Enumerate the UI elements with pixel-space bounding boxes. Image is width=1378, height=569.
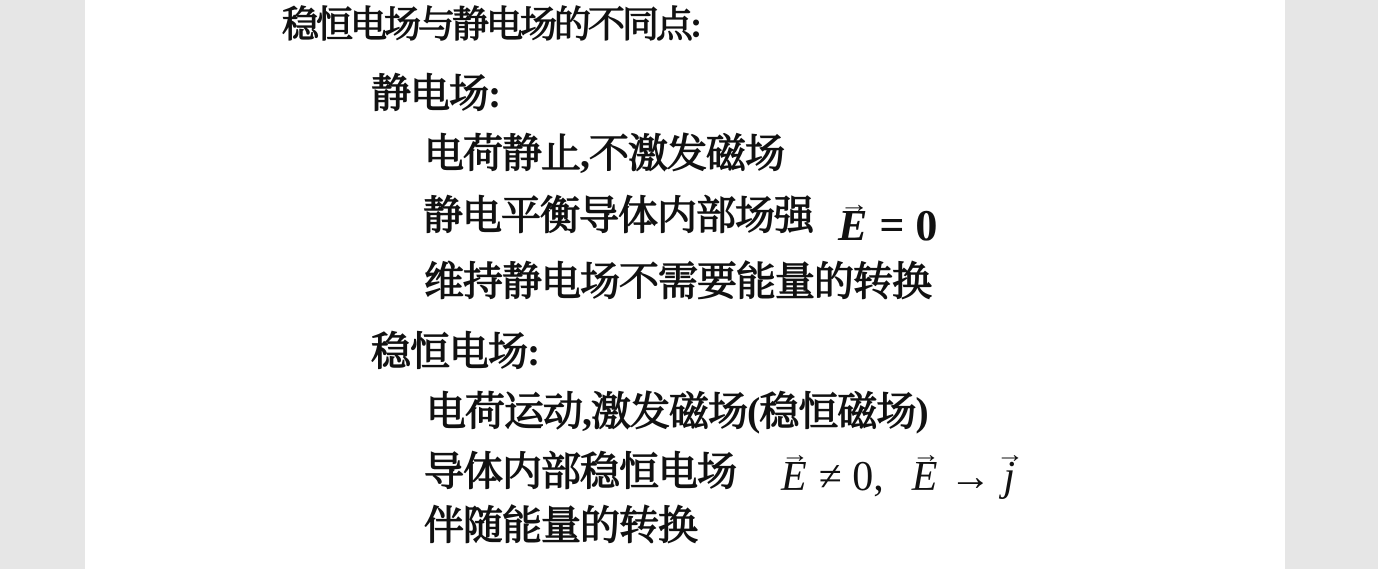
vector-E: →E (781, 456, 807, 498)
vector-over-arrow-icon: → (912, 443, 940, 467)
formula-e-not-zero: →E≠ 0,→E→→j (781, 456, 1015, 498)
vector-over-arrow-icon: → (839, 191, 868, 217)
maps-to-arrow-icon: → (949, 454, 991, 500)
electrostatic-point-1: 电荷静止,不激发磁场 (424, 132, 784, 176)
steady-point-2: 导体内部稳恒电场 (424, 450, 736, 494)
vector-over-arrow-icon: → (781, 443, 809, 467)
right-gutter (1285, 0, 1378, 569)
vector-over-arrow-icon: → (996, 443, 1024, 467)
steady-point-3: 伴随能量的转换 (424, 504, 697, 548)
formula-e-equals-zero: →E= 0 (838, 204, 937, 248)
left-gutter (0, 0, 85, 569)
steady-heading: 稳恒电场: (371, 330, 539, 374)
not-equals-zero: ≠ 0, (819, 454, 884, 500)
vector-E: →E (912, 456, 938, 498)
vector-E: →E (838, 204, 867, 248)
slide-title: 稳恒电场与静电场的不同点: (282, 6, 699, 47)
electrostatic-point-3: 维持静电场不需要能量的转换 (424, 260, 931, 304)
electrostatic-heading: 静电场: (371, 72, 500, 116)
steady-point-1: 电荷运动,激发磁场(稳恒磁场) (426, 390, 928, 434)
slide-canvas: 稳恒电场与静电场的不同点: 静电场: 电荷静止,不激发磁场 静电平衡导体内部场强… (0, 0, 1378, 569)
vector-j: →j (1003, 456, 1015, 498)
equals-zero: = 0 (879, 201, 937, 250)
electrostatic-point-2: 静电平衡导体内部场强 (423, 194, 813, 238)
